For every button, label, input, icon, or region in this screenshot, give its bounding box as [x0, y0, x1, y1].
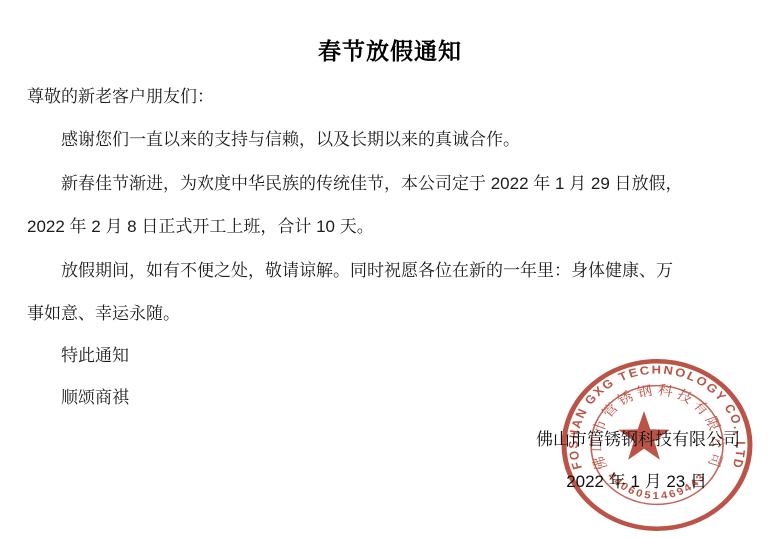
body-line-salutation: 尊敬的新老客户朋友们：	[27, 85, 214, 109]
body-line-holiday-start: 新春佳节渐进，为欢度中华民族的传统佳节，本公司定于 2022 年 1 月 29 …	[61, 172, 683, 196]
page-title: 春节放假通知	[0, 33, 780, 66]
signature-company-name: 佛山市管锈钢科技有限公司	[536, 425, 740, 450]
body-line-wishes: 事如意、幸运永随。	[27, 302, 180, 326]
body-line-apology: 放假期间，如有不便之处，敬请谅解。同时祝愿各位在新的一年里：身体健康、万	[61, 259, 673, 283]
holiday-notice-document: 春节放假通知 尊敬的新老客户朋友们： 感谢您们一直以来的支持与信赖，以及长期以来…	[0, 0, 780, 538]
body-line-holiday-end: 2022 年 2 月 8 日正式开工上班，合计 10 天。	[27, 215, 374, 239]
body-line-notice: 特此通知	[61, 344, 129, 368]
signature-date: 2022 年 1 月 23 日	[566, 467, 707, 492]
body-line-thanks: 感谢您们一直以来的支持与信赖，以及长期以来的真诚合作。	[61, 128, 520, 152]
body-line-regards: 顺颂商祺	[61, 386, 129, 410]
